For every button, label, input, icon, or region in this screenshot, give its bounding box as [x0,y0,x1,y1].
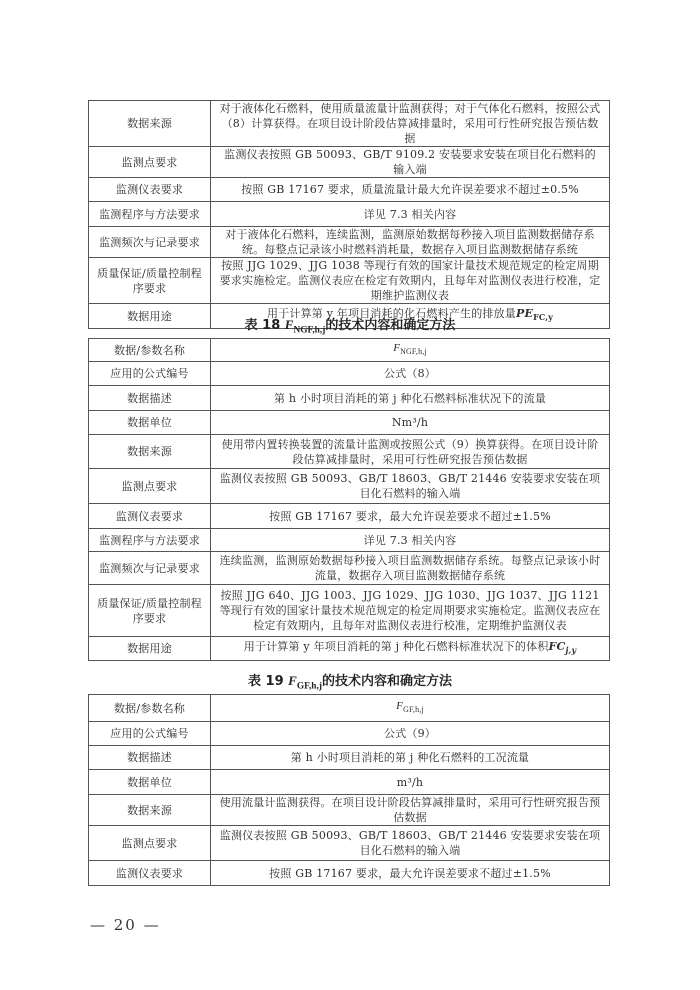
symbol-subscript: j,y [565,646,576,655]
table-row: 数据来源 使用带内置转换装置的流量计监测或按照公式（9）换算获得。在项目设计阶段… [89,435,610,469]
row-value: 公式（9） [211,722,610,746]
row-label: 质量保证/质量控制程序要求 [89,258,211,304]
row-label: 数据来源 [89,101,211,147]
table-row: 监测仪表要求 按照 GB 17167 要求，最大允许误差要求不超过±1.5% [89,861,610,886]
parameter-symbol: FGF,h,j [396,700,424,712]
row-label: 监测点要求 [89,826,211,861]
page-number: — 20 — [90,916,161,934]
row-label: 数据用途 [89,637,211,661]
caption-text: 的技术内容和确定方法 [325,318,455,333]
table-row: 监测仪表要求 按照 GB 17167 要求，最大允许误差要求不超过±1.5% [89,504,610,529]
row-value: 使用流量计监测获得。在项目设计阶段估算减排量时，采用可行性研究报告预估数据 [211,795,610,826]
row-value: FNGF,h,j [211,339,610,362]
table-row: 数据描述 第 h 小时项目消耗的第 j 种化石燃料标准状况下的流量 [89,386,610,411]
table-row: 监测程序与方法要求 详见 7.3 相关内容 [89,202,610,227]
caption-symbol: FGF,h,j [288,673,322,688]
table-row: 应用的公式编号 公式（9） [89,722,610,746]
row-value: 详见 7.3 相关内容 [211,529,610,552]
row-value: 按照 JJG 1029、JJG 1038 等现行有效的国家计量技术规范规定的检定… [211,258,610,304]
table-row: 数据/参数名称 FNGF,h,j [89,339,610,362]
symbol-main: F [288,673,297,688]
row-value: 公式（8） [211,362,610,386]
caption-number: 表 18 [245,318,281,333]
caption-number: 表 19 [248,674,284,689]
table-18-caption: 表 18 FNGF,h,j的技术内容和确定方法 [0,314,700,336]
table-row: 数据单位 Nm³/h [89,411,610,435]
row-value: m³/h [211,770,610,795]
row-label: 数据来源 [89,795,211,826]
row-value: 监测仪表按照 GB 50093、GB/T 9109.2 安装要求安装在项目化石燃… [211,147,610,178]
table-19: 数据/参数名称 FGF,h,j 应用的公式编号 公式（9） 数据描述 第 h 小… [88,694,610,886]
row-value: Nm³/h [211,411,610,435]
row-value: 第 h 小时项目消耗的第 j 种化石燃料标准状况下的流量 [211,386,610,411]
symbol-subscript: GF,h,j [403,706,424,715]
table-17-continued: 数据来源 对于液体化石燃料，使用质量流量计监测获得；对于气体化石燃料，按照公式（… [88,100,610,329]
row-value: 详见 7.3 相关内容 [211,202,610,227]
table-row: 质量保证/质量控制程序要求 按照 JJG 1029、JJG 1038 等现行有效… [89,258,610,304]
row-label: 监测点要求 [89,147,211,178]
table-row: 监测点要求 监测仪表按照 GB 50093、GB/T 18603、GB/T 21… [89,469,610,504]
table-row: 数据来源 使用流量计监测获得。在项目设计阶段估算减排量时，采用可行性研究报告预估… [89,795,610,826]
table-19-caption: 表 19 FGF,h,j的技术内容和确定方法 [0,670,700,692]
row-label: 数据单位 [89,411,211,435]
row-value: 第 h 小时项目消耗的第 j 种化石燃料的工况流量 [211,746,610,770]
table-row: 监测点要求 监测仪表按照 GB 50093、GB/T 9109.2 安装要求安装… [89,147,610,178]
row-label: 数据描述 [89,386,211,411]
row-label: 监测频次与记录要求 [89,552,211,585]
caption-text: 的技术内容和确定方法 [322,674,452,689]
row-label: 应用的公式编号 [89,362,211,386]
row-value: 用于计算第 y 年项目消耗的第 j 种化石燃料标准状况下的体积FCj,y [211,637,610,661]
formula-symbol: FCj,y [549,640,577,653]
table-row: 数据来源 对于液体化石燃料，使用质量流量计监测获得；对于气体化石燃料，按照公式（… [89,101,610,147]
row-label: 监测仪表要求 [89,861,211,886]
table-row: 数据单位 m³/h [89,770,610,795]
row-value: 连续监测，监测原始数据每秒接入项目监测数据储存系统。每整点记录该小时流量，数据存… [211,552,610,585]
symbol-main: FC [549,640,566,653]
row-label: 数据/参数名称 [89,695,211,722]
row-label: 质量保证/质量控制程序要求 [89,585,211,637]
row-label: 监测仪表要求 [89,504,211,529]
row-label: 数据单位 [89,770,211,795]
row-label: 数据来源 [89,435,211,469]
table-row: 监测仪表要求 按照 GB 17167 要求，质量流量计最大允许误差要求不超过±0… [89,178,610,202]
usage-text: 用于计算第 y 年项目消耗的第 j 种化石燃料标准状况下的体积 [244,640,549,653]
symbol-subscript: NGF,h,j [400,348,427,357]
row-value: 按照 JJG 640、JJG 1003、JJG 1029、JJG 1030、JJ… [211,585,610,637]
row-label: 监测仪表要求 [89,178,211,202]
row-value: 使用带内置转换装置的流量计监测或按照公式（9）换算获得。在项目设计阶段估算减排量… [211,435,610,469]
parameter-symbol: FNGF,h,j [393,342,427,354]
row-label: 数据描述 [89,746,211,770]
row-label: 数据/参数名称 [89,339,211,362]
row-label: 监测频次与记录要求 [89,227,211,258]
row-value: 监测仪表按照 GB 50093、GB/T 18603、GB/T 21446 安装… [211,826,610,861]
table-18: 数据/参数名称 FNGF,h,j 应用的公式编号 公式（8） 数据描述 第 h … [88,338,610,661]
row-label: 应用的公式编号 [89,722,211,746]
row-value: 按照 GB 17167 要求，质量流量计最大允许误差要求不超过±0.5% [211,178,610,202]
row-value: 按照 GB 17167 要求，最大允许误差要求不超过±1.5% [211,861,610,886]
symbol-subscript: NGF,h,j [293,326,325,336]
table-row: 数据/参数名称 FGF,h,j [89,695,610,722]
table-row: 应用的公式编号 公式（8） [89,362,610,386]
table-row: 数据用途 用于计算第 y 年项目消耗的第 j 种化石燃料标准状况下的体积FCj,… [89,637,610,661]
row-value: 按照 GB 17167 要求，最大允许误差要求不超过±1.5% [211,504,610,529]
row-label: 监测程序与方法要求 [89,202,211,227]
row-value: 对于液体化石燃料，使用质量流量计监测获得；对于气体化石燃料，按照公式（8）计算获… [211,101,610,147]
table-row: 监测程序与方法要求 详见 7.3 相关内容 [89,529,610,552]
table-row: 监测频次与记录要求 对于液体化石燃料，连续监测，监测原始数据每秒接入项目监测数据… [89,227,610,258]
row-label: 监测程序与方法要求 [89,529,211,552]
table-row: 监测频次与记录要求 连续监测，监测原始数据每秒接入项目监测数据储存系统。每整点记… [89,552,610,585]
caption-symbol: FNGF,h,j [285,317,326,332]
row-value: FGF,h,j [211,695,610,722]
table-row: 数据描述 第 h 小时项目消耗的第 j 种化石燃料的工况流量 [89,746,610,770]
row-label: 监测点要求 [89,469,211,504]
row-value: 监测仪表按照 GB 50093、GB/T 18603、GB/T 21446 安装… [211,469,610,504]
row-value: 对于液体化石燃料，连续监测，监测原始数据每秒接入项目监测数据储存系统。每整点记录… [211,227,610,258]
table-row: 质量保证/质量控制程序要求 按照 JJG 640、JJG 1003、JJG 10… [89,585,610,637]
table-row: 监测点要求 监测仪表按照 GB 50093、GB/T 18603、GB/T 21… [89,826,610,861]
symbol-subscript: GF,h,j [297,682,322,692]
